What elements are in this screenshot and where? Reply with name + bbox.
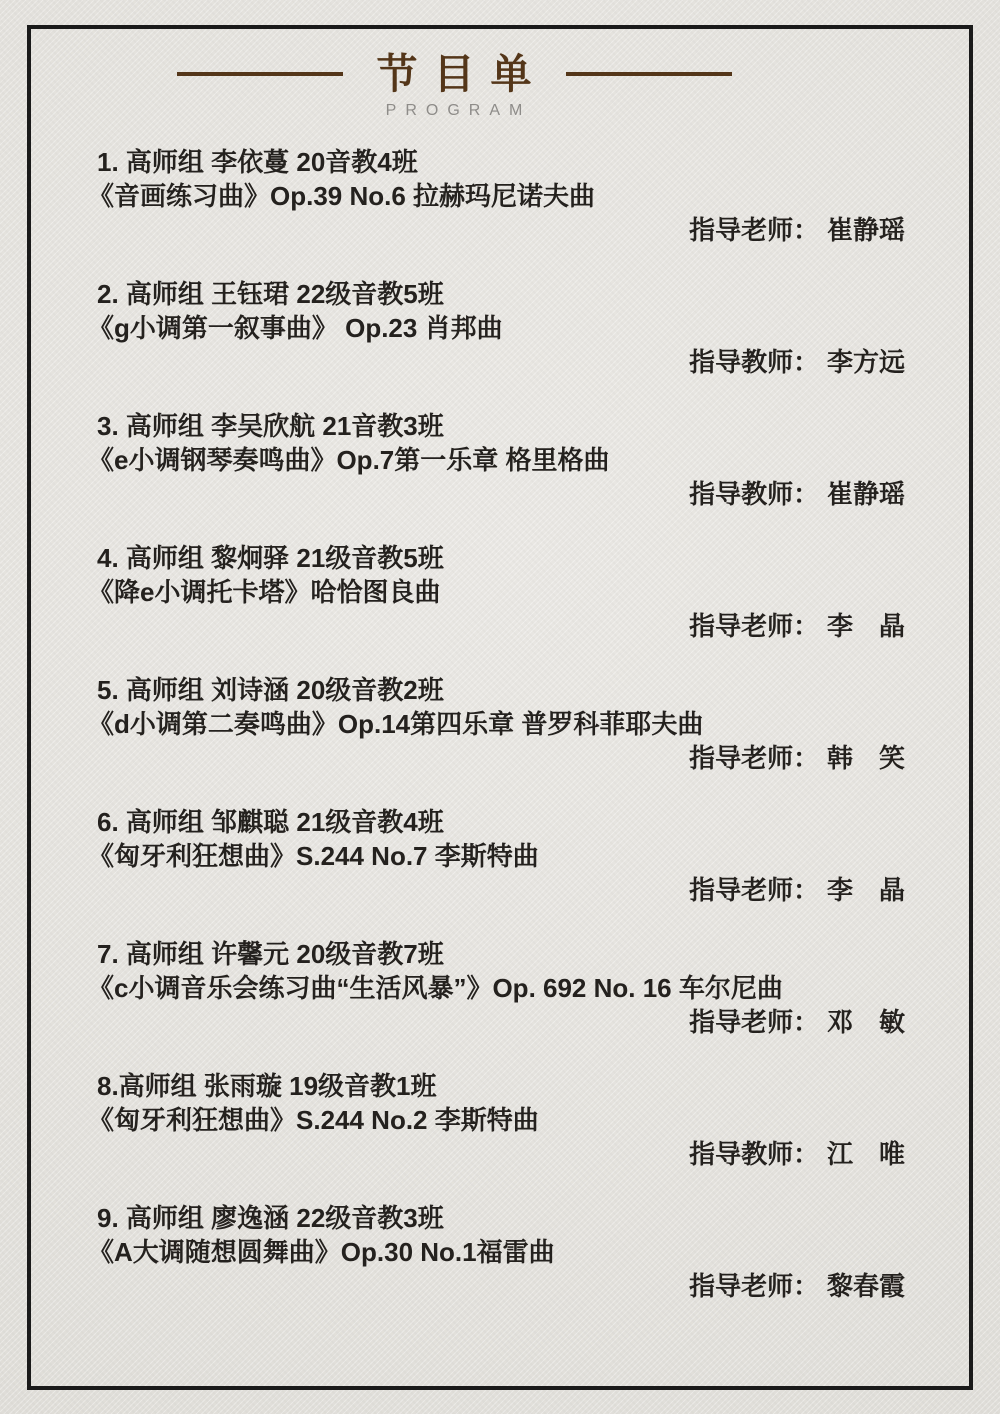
program-entry: 4. 高师组 黎炯驿 21级音教5班 《降e小调托卡塔》哈恰图良曲 指导老师：李… (88, 541, 905, 643)
program-entry: 6. 高师组 邹麒聪 21级音教4班 《匈牙利狂想曲》S.244 No.7 李斯… (88, 805, 905, 907)
entry-header: 2. 高师组 王钰珺 22级音教5班 (88, 277, 905, 311)
teacher-name: 邓 敏 (827, 1007, 905, 1037)
teacher-label: 指导老师： (689, 1271, 819, 1301)
entry-piece: 《e小调钢琴奏鸣曲》Op.7第一乐章 格里格曲 (88, 443, 905, 477)
entry-header: 3. 高师组 李吴欣航 21音教3班 (88, 409, 905, 443)
teacher-name: 韩 笑 (827, 743, 905, 773)
title-rule-left (177, 72, 343, 76)
program-entry: 1. 高师组 李依蔓 20音教4班 《音画练习曲》Op.39 No.6 拉赫玛尼… (88, 145, 905, 247)
teacher-name: 李方远 (827, 347, 905, 377)
entry-piece: 《降e小调托卡塔》哈恰图良曲 (88, 575, 905, 609)
entry-piece: 《音画练习曲》Op.39 No.6 拉赫玛尼诺夫曲 (88, 179, 905, 213)
entry-teacher: 指导老师：李 晶 (88, 609, 905, 643)
program-subtitle: PROGRAM (0, 103, 963, 119)
entry-header: 8.高师组 张雨璇 19级音教1班 (88, 1069, 905, 1103)
entry-piece: 《c小调音乐会练习曲“生活风暴”》Op. 692 No. 16 车尔尼曲 (88, 971, 905, 1005)
title-rule-right (566, 72, 732, 76)
entry-teacher: 指导老师：崔静瑶 (88, 213, 905, 247)
teacher-label: 指导教师： (689, 479, 819, 509)
entry-header: 9. 高师组 廖逸涵 22级音教3班 (88, 1201, 905, 1235)
entry-teacher: 指导老师：黎春霞 (88, 1269, 905, 1303)
entry-piece: 《匈牙利狂想曲》S.244 No.7 李斯特曲 (88, 839, 905, 873)
program-entry: 2. 高师组 王钰珺 22级音教5班 《g小调第一叙事曲》 Op.23 肖邦曲 … (88, 277, 905, 379)
entry-piece: 《d小调第二奏鸣曲》Op.14第四乐章 普罗科菲耶夫曲 (88, 707, 905, 741)
entry-header: 5. 高师组 刘诗涵 20级音教2班 (88, 673, 905, 707)
entry-piece: 《g小调第一叙事曲》 Op.23 肖邦曲 (88, 311, 905, 345)
entry-teacher: 指导老师：韩 笑 (88, 741, 905, 775)
entry-header: 4. 高师组 黎炯驿 21级音教5班 (88, 541, 905, 575)
entry-teacher: 指导教师：李方远 (88, 345, 905, 379)
program-entry: 9. 高师组 廖逸涵 22级音教3班 《A大调随想圆舞曲》Op.30 No.1福… (88, 1201, 905, 1303)
teacher-name: 李 晶 (827, 875, 905, 905)
teacher-label: 指导教师： (689, 1139, 819, 1169)
teacher-label: 指导老师： (689, 875, 819, 905)
entries-list: 1. 高师组 李依蔓 20音教4班 《音画练习曲》Op.39 No.6 拉赫玛尼… (0, 145, 1000, 1333)
teacher-label: 指导老师： (689, 1007, 819, 1037)
teacher-name: 李 晶 (827, 611, 905, 641)
teacher-label: 指导老师： (689, 611, 819, 641)
entry-teacher: 指导教师：江 唯 (88, 1137, 905, 1171)
title-block: 节目单 PROGRAM (0, 50, 954, 119)
entry-header: 1. 高师组 李依蔓 20音教4班 (88, 145, 905, 179)
teacher-name: 崔静瑶 (827, 215, 905, 245)
entry-piece: 《A大调随想圆舞曲》Op.30 No.1福雷曲 (88, 1235, 905, 1269)
entry-teacher: 指导老师：李 晶 (88, 873, 905, 907)
teacher-label: 指导教师： (689, 347, 819, 377)
entry-header: 6. 高师组 邹麒聪 21级音教4班 (88, 805, 905, 839)
teacher-name: 江 唯 (827, 1139, 905, 1169)
program-title: 节目单 (377, 50, 548, 98)
entry-header: 7. 高师组 许馨元 20级音教7班 (88, 937, 905, 971)
teacher-name: 黎春霞 (827, 1271, 905, 1301)
title-row: 节目单 (0, 50, 954, 98)
program-entry: 3. 高师组 李吴欣航 21音教3班 《e小调钢琴奏鸣曲》Op.7第一乐章 格里… (88, 409, 905, 511)
teacher-label: 指导老师： (689, 743, 819, 773)
teacher-label: 指导老师： (689, 215, 819, 245)
program-entry: 7. 高师组 许馨元 20级音教7班 《c小调音乐会练习曲“生活风暴”》Op. … (88, 937, 905, 1039)
entry-teacher: 指导老师：邓 敏 (88, 1005, 905, 1039)
teacher-name: 崔静瑶 (827, 479, 905, 509)
entry-teacher: 指导教师：崔静瑶 (88, 477, 905, 511)
program-entry: 5. 高师组 刘诗涵 20级音教2班 《d小调第二奏鸣曲》Op.14第四乐章 普… (88, 673, 905, 775)
program-entry: 8.高师组 张雨璇 19级音教1班 《匈牙利狂想曲》S.244 No.2 李斯特… (88, 1069, 905, 1171)
entry-piece: 《匈牙利狂想曲》S.244 No.2 李斯特曲 (88, 1103, 905, 1137)
